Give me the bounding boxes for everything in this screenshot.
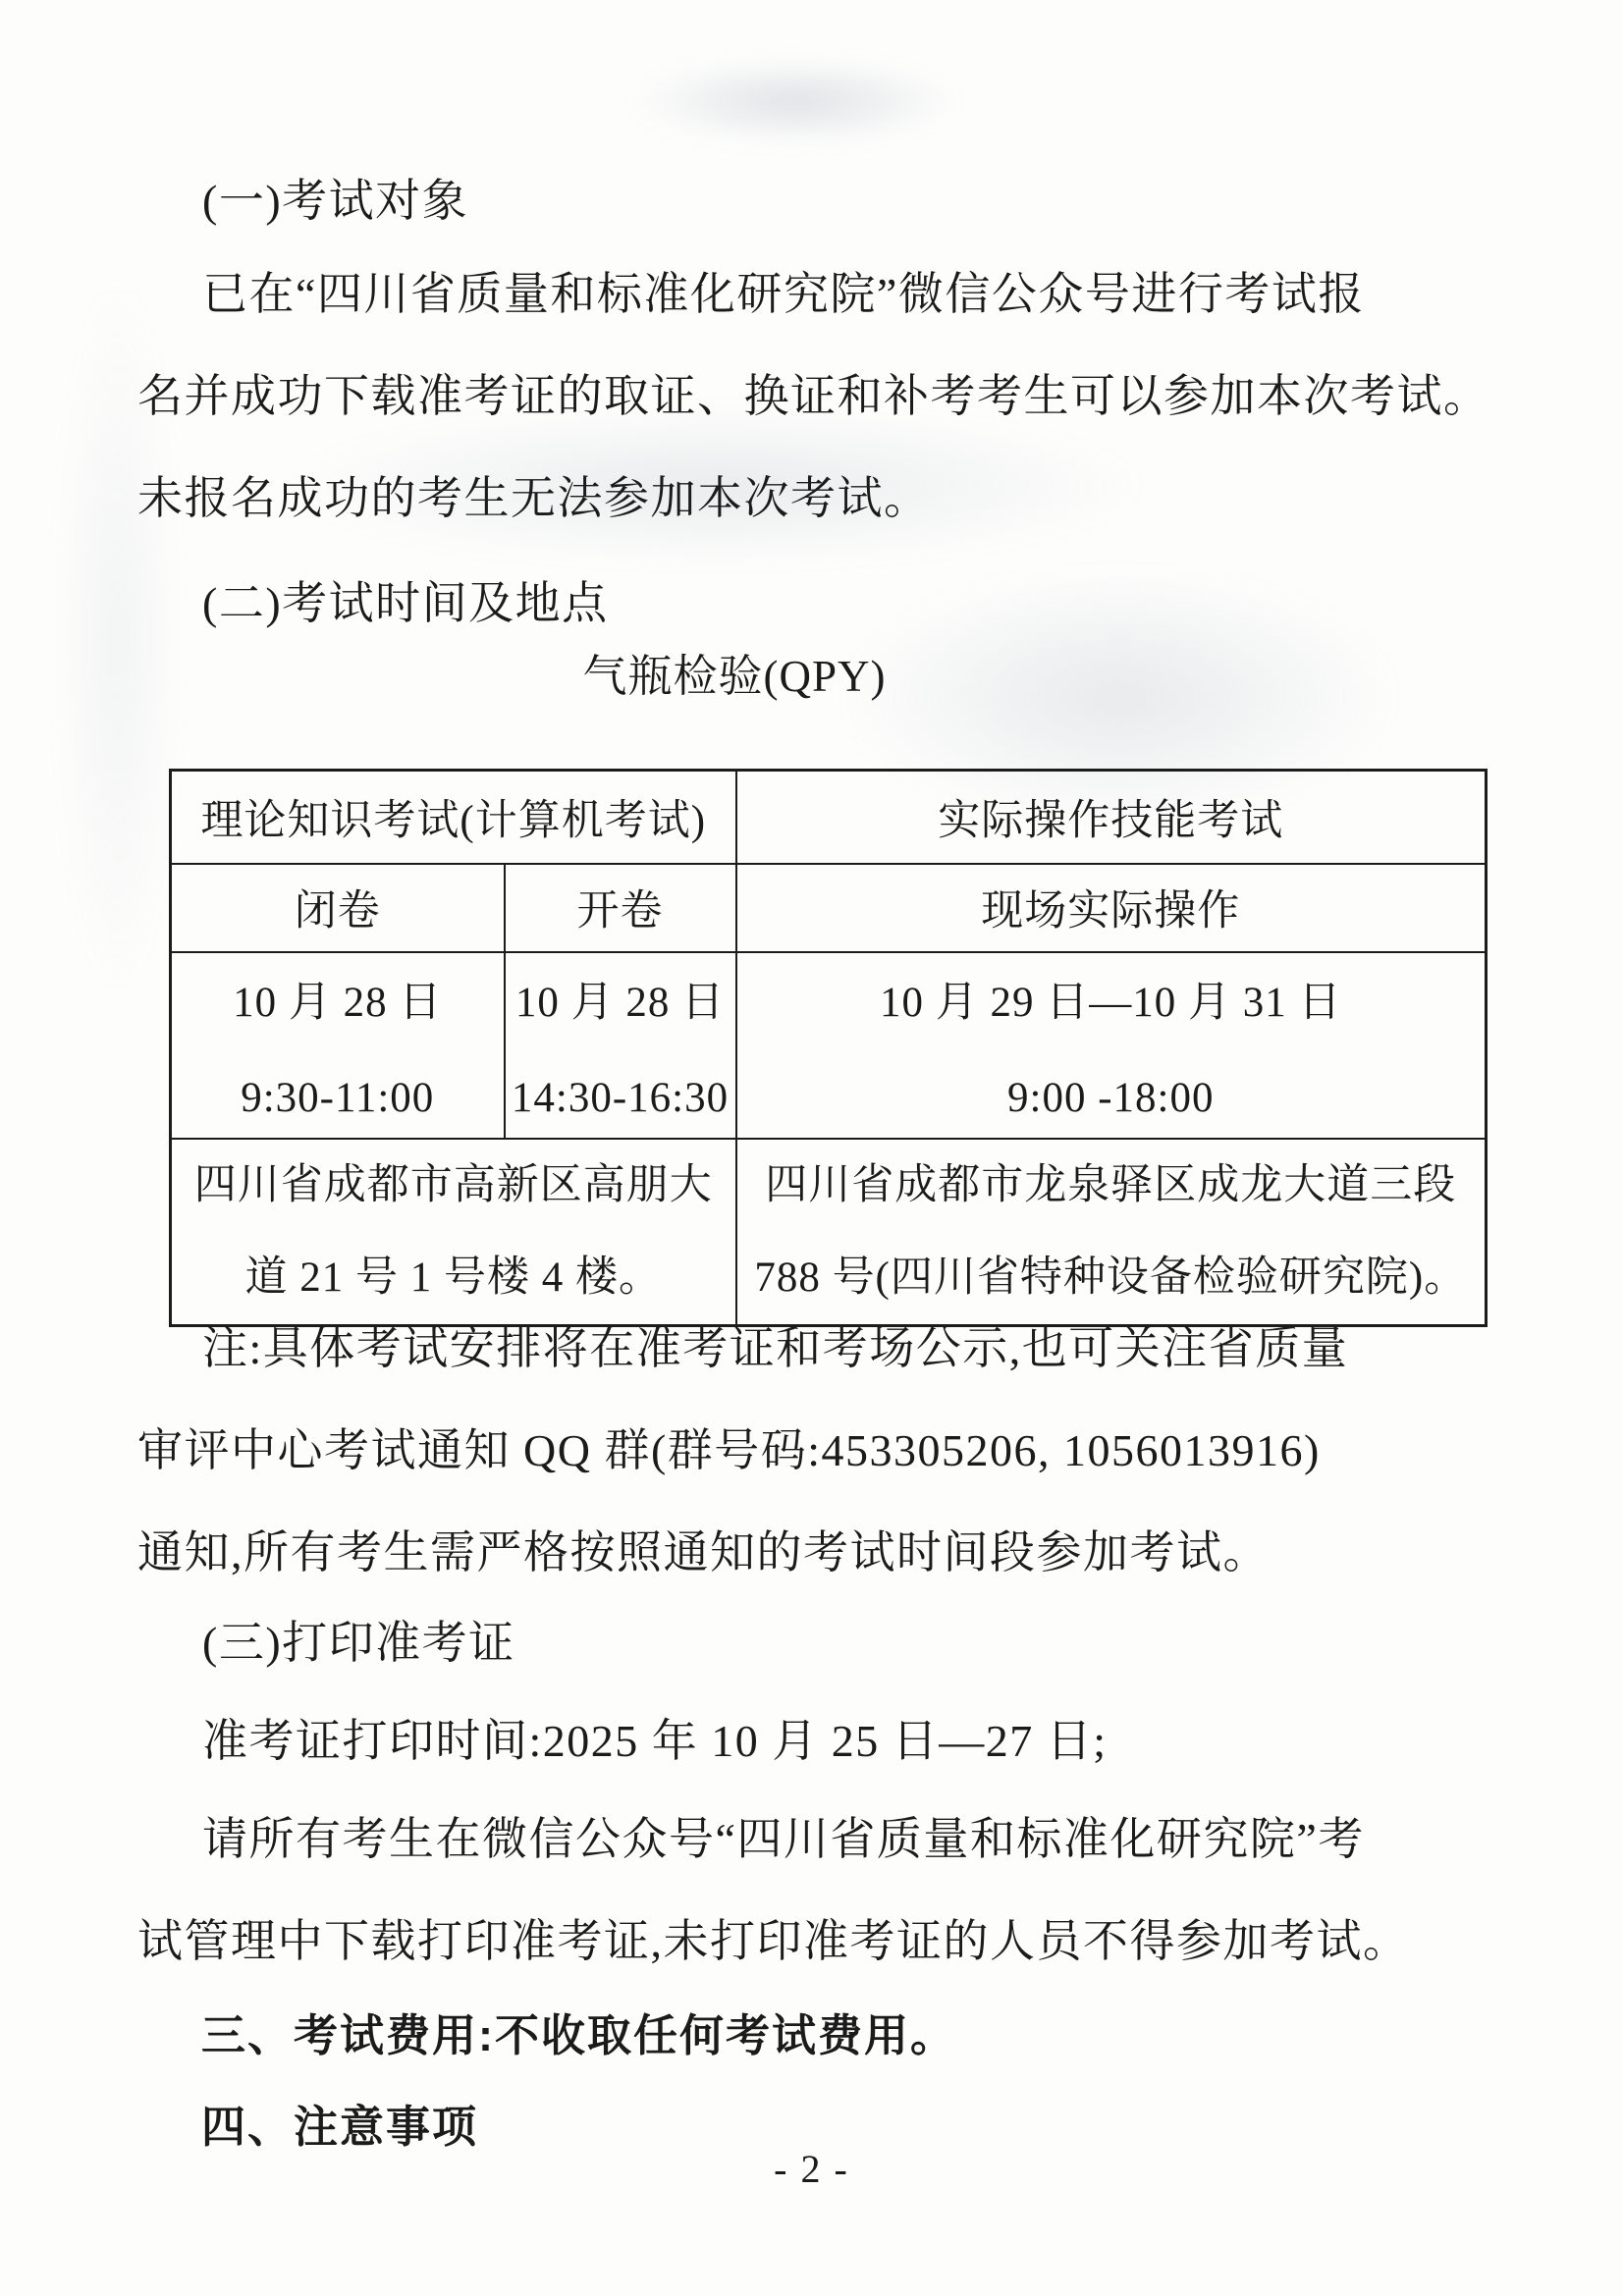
closed-exam-date: 10 月 28 日 <box>172 969 504 1029</box>
document-page: (一)考试对象 已在“四川省质量和标准化研究院”微信公众号进行考试报 名并成功下… <box>0 0 1623 2296</box>
heading-text: (三)打印准考证 <box>137 1592 1490 1694</box>
table-row-subheader: 闭卷 开卷 现场实际操作 <box>171 864 1487 952</box>
open-exam-time: 14:30-16:30 <box>506 1074 735 1122</box>
paragraph-print-instructions: 请所有考生在微信公众号“四川省质量和标准化研究院”考 试管理中下载打印准考证,未… <box>137 1789 1490 1993</box>
open-exam-date: 10 月 28 日 <box>506 969 735 1029</box>
cell-open-schedule: 10 月 28 日 14:30-16:30 <box>505 952 736 1139</box>
paragraph-line: 未报名成功的考生无法参加本次考试。 <box>137 448 1490 550</box>
practical-exam-date: 10 月 29 日—10 月 31 日 <box>737 969 1486 1029</box>
table-row-schedule: 10 月 28 日 9:30-11:00 10 月 28 日 14:30-16:… <box>171 952 1487 1139</box>
paragraph-print-time: 准考证打印时间:2025 年 10 月 25 日—27 日; <box>137 1690 1490 1792</box>
cell-closed-book: 闭卷 <box>171 864 505 952</box>
note-line: 审评中心考试通知 QQ 群(群号码:453305206, 1056013916) <box>137 1400 1490 1502</box>
page-number: - 2 - <box>0 2146 1623 2192</box>
table-title: 气瓶检验(QPY) <box>0 640 1469 704</box>
note-line: 注:具体考试安排将在准考证和考场公示,也可关注省质量 <box>137 1298 1490 1400</box>
cell-closed-schedule: 10 月 28 日 9:30-11:00 <box>171 952 505 1139</box>
paragraph-line: 试管理中下载打印准考证,未打印准考证的人员不得参加考试。 <box>137 1891 1490 1993</box>
paragraph-line: 已在“四川省质量和标准化研究院”微信公众号进行考试报 <box>137 243 1490 346</box>
exam-schedule-table: 理论知识考试(计算机考试) 实际操作技能考试 闭卷 开卷 现场实际操作 10 月… <box>169 769 1488 1327</box>
closed-exam-time: 9:30-11:00 <box>172 1074 504 1122</box>
cell-practical-exam-header: 实际操作技能考试 <box>736 771 1487 864</box>
paragraph-note: 注:具体考试安排将在准考证和考场公示,也可关注省质量 审评中心考试通知 QQ 群… <box>137 1298 1490 1604</box>
scan-artifact <box>628 57 962 145</box>
section-heading-fee: 三、考试费用:不收取任何考试费用。 <box>137 1985 1490 2087</box>
cell-onsite-operation: 现场实际操作 <box>736 864 1487 952</box>
cell-open-book: 开卷 <box>505 864 736 952</box>
section-heading-1: (一)考试对象 <box>137 150 1490 252</box>
table-row-header: 理论知识考试(计算机考试) 实际操作技能考试 <box>171 771 1487 864</box>
cell-practical-schedule: 10 月 29 日—10 月 31 日 9:00 -18:00 <box>736 952 1487 1139</box>
paragraph-exam-targets: 已在“四川省质量和标准化研究院”微信公众号进行考试报 名并成功下载准考证的取证、… <box>137 243 1490 550</box>
note-line: 通知,所有考生需严格按照通知的考试时间段参加考试。 <box>137 1502 1490 1604</box>
theory-location-line: 四川省成都市高新区高朋大 <box>172 1140 735 1232</box>
paragraph-line: 名并成功下载准考证的取证、换证和补考考生可以参加本次考试。 <box>137 346 1490 448</box>
cell-theory-exam-header: 理论知识考试(计算机考试) <box>171 771 736 864</box>
heading-text: 三、考试费用:不收取任何考试费用。 <box>137 1985 1490 2087</box>
practical-location-line: 四川省成都市龙泉驿区成龙大道三段 <box>737 1140 1486 1232</box>
practical-exam-time: 9:00 -18:00 <box>737 1074 1486 1122</box>
heading-text: (一)考试对象 <box>137 150 1490 252</box>
paragraph-line: 准考证打印时间:2025 年 10 月 25 日—27 日; <box>137 1690 1490 1792</box>
paragraph-line: 请所有考生在微信公众号“四川省质量和标准化研究院”考 <box>137 1789 1490 1891</box>
section-heading-3: (三)打印准考证 <box>137 1592 1490 1694</box>
